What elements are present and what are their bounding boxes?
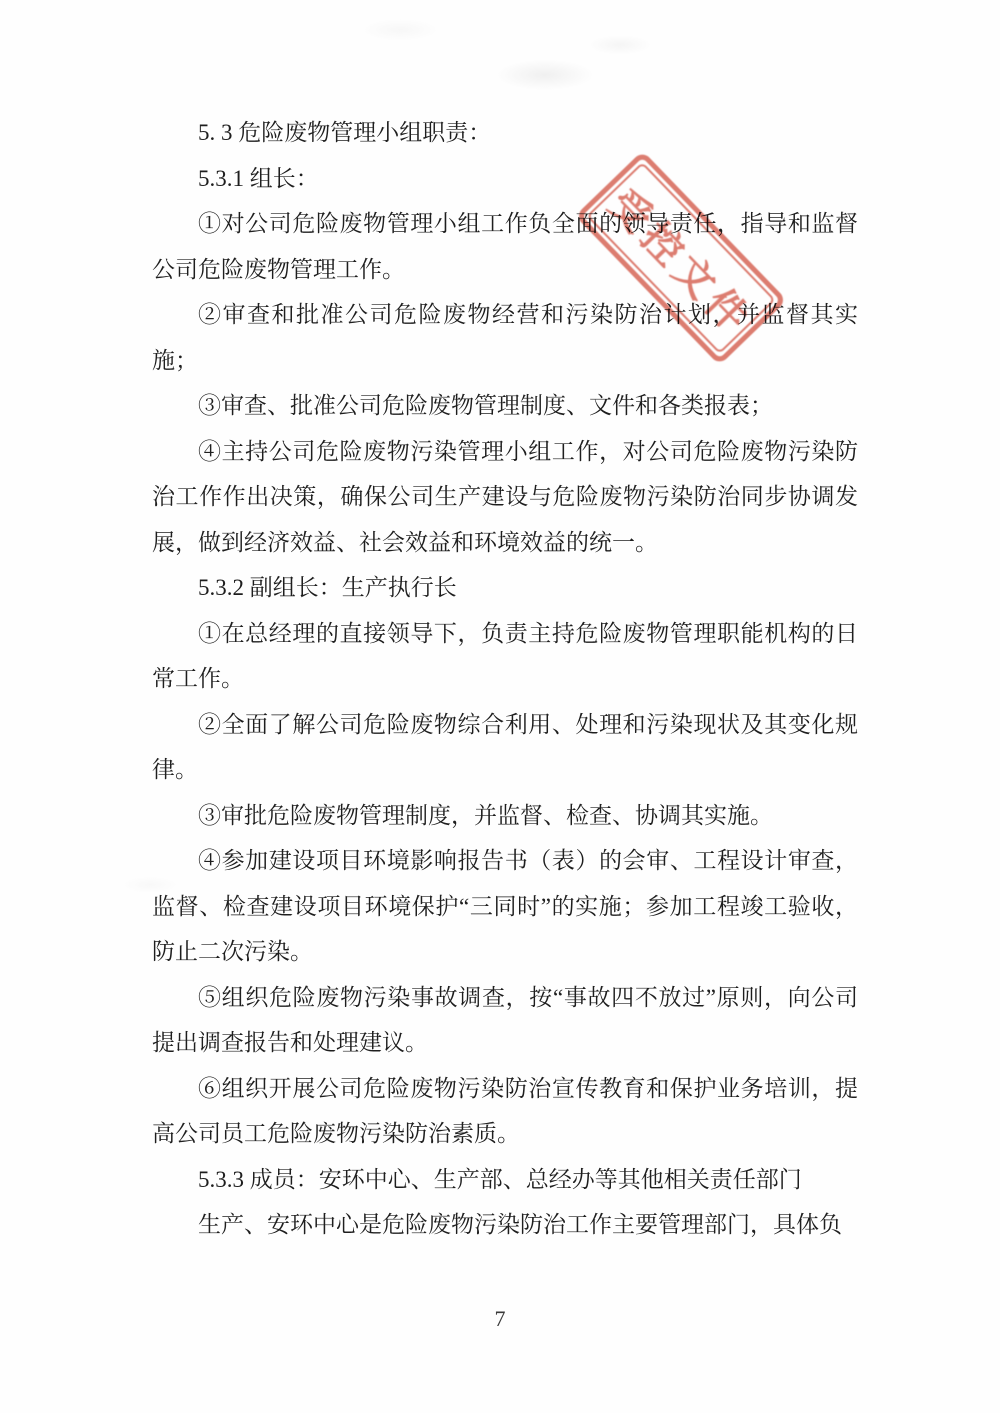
heading-5-3-1-leader: 5.3.1 组长： — [152, 156, 858, 202]
clause-deputy-1: ①在总经理的直接领导下，负责主持危险废物管理职能机构的日常工作。 — [152, 611, 858, 702]
heading-5-3-3-members: 5.3.3 成员：安环中心、生产部、总经办等其他相关责任部门 — [152, 1157, 858, 1203]
clause-deputy-4: ④参加建设项目环境影响报告书（表）的会审、工程设计审查，监督、检查建设项目环境保… — [152, 838, 858, 975]
document-body: 5. 3 危险废物管理小组职责： 5.3.1 组长： ①对公司危险废物管理小组工… — [152, 0, 858, 1248]
clause-leader-2: ②审查和批准公司危险废物经营和污染防治计划，并监督其实施； — [152, 292, 858, 383]
page-number: 7 — [0, 1306, 1000, 1332]
clause-leader-3: ③审查、批准公司危险废物管理制度、文件和各类报表； — [152, 383, 858, 429]
clause-deputy-3: ③审批危险废物管理制度，并监督、检查、协调其实施。 — [152, 793, 858, 839]
clause-leader-4: ④主持公司危险废物污染管理小组工作，对公司危险废物污染防治工作作出决策，确保公司… — [152, 429, 858, 566]
clause-leader-1: ①对公司危险废物管理小组工作负全面的领导责任，指导和监督公司危险废物管理工作。 — [152, 201, 858, 292]
clause-deputy-6: ⑥组织开展公司危险废物污染防治宣传教育和保护业务培训，提高公司员工危险废物污染防… — [152, 1066, 858, 1157]
document-page: 5. 3 危险废物管理小组职责： 5.3.1 组长： ①对公司危险废物管理小组工… — [0, 0, 1000, 1413]
para-members-note: 生产、安环中心是危险废物污染防治工作主要管理部门，具体负 — [152, 1202, 858, 1248]
heading-section-5-3: 5. 3 危险废物管理小组职责： — [152, 110, 858, 156]
clause-deputy-5: ⑤组织危险废物污染事故调查，按“事故四不放过”原则，向公司提出调查报告和处理建议… — [152, 975, 858, 1066]
heading-5-3-2-deputy: 5.3.2 副组长：生产执行长 — [152, 565, 858, 611]
clause-deputy-2: ②全面了解公司危险废物综合利用、处理和污染现状及其变化规律。 — [152, 702, 858, 793]
